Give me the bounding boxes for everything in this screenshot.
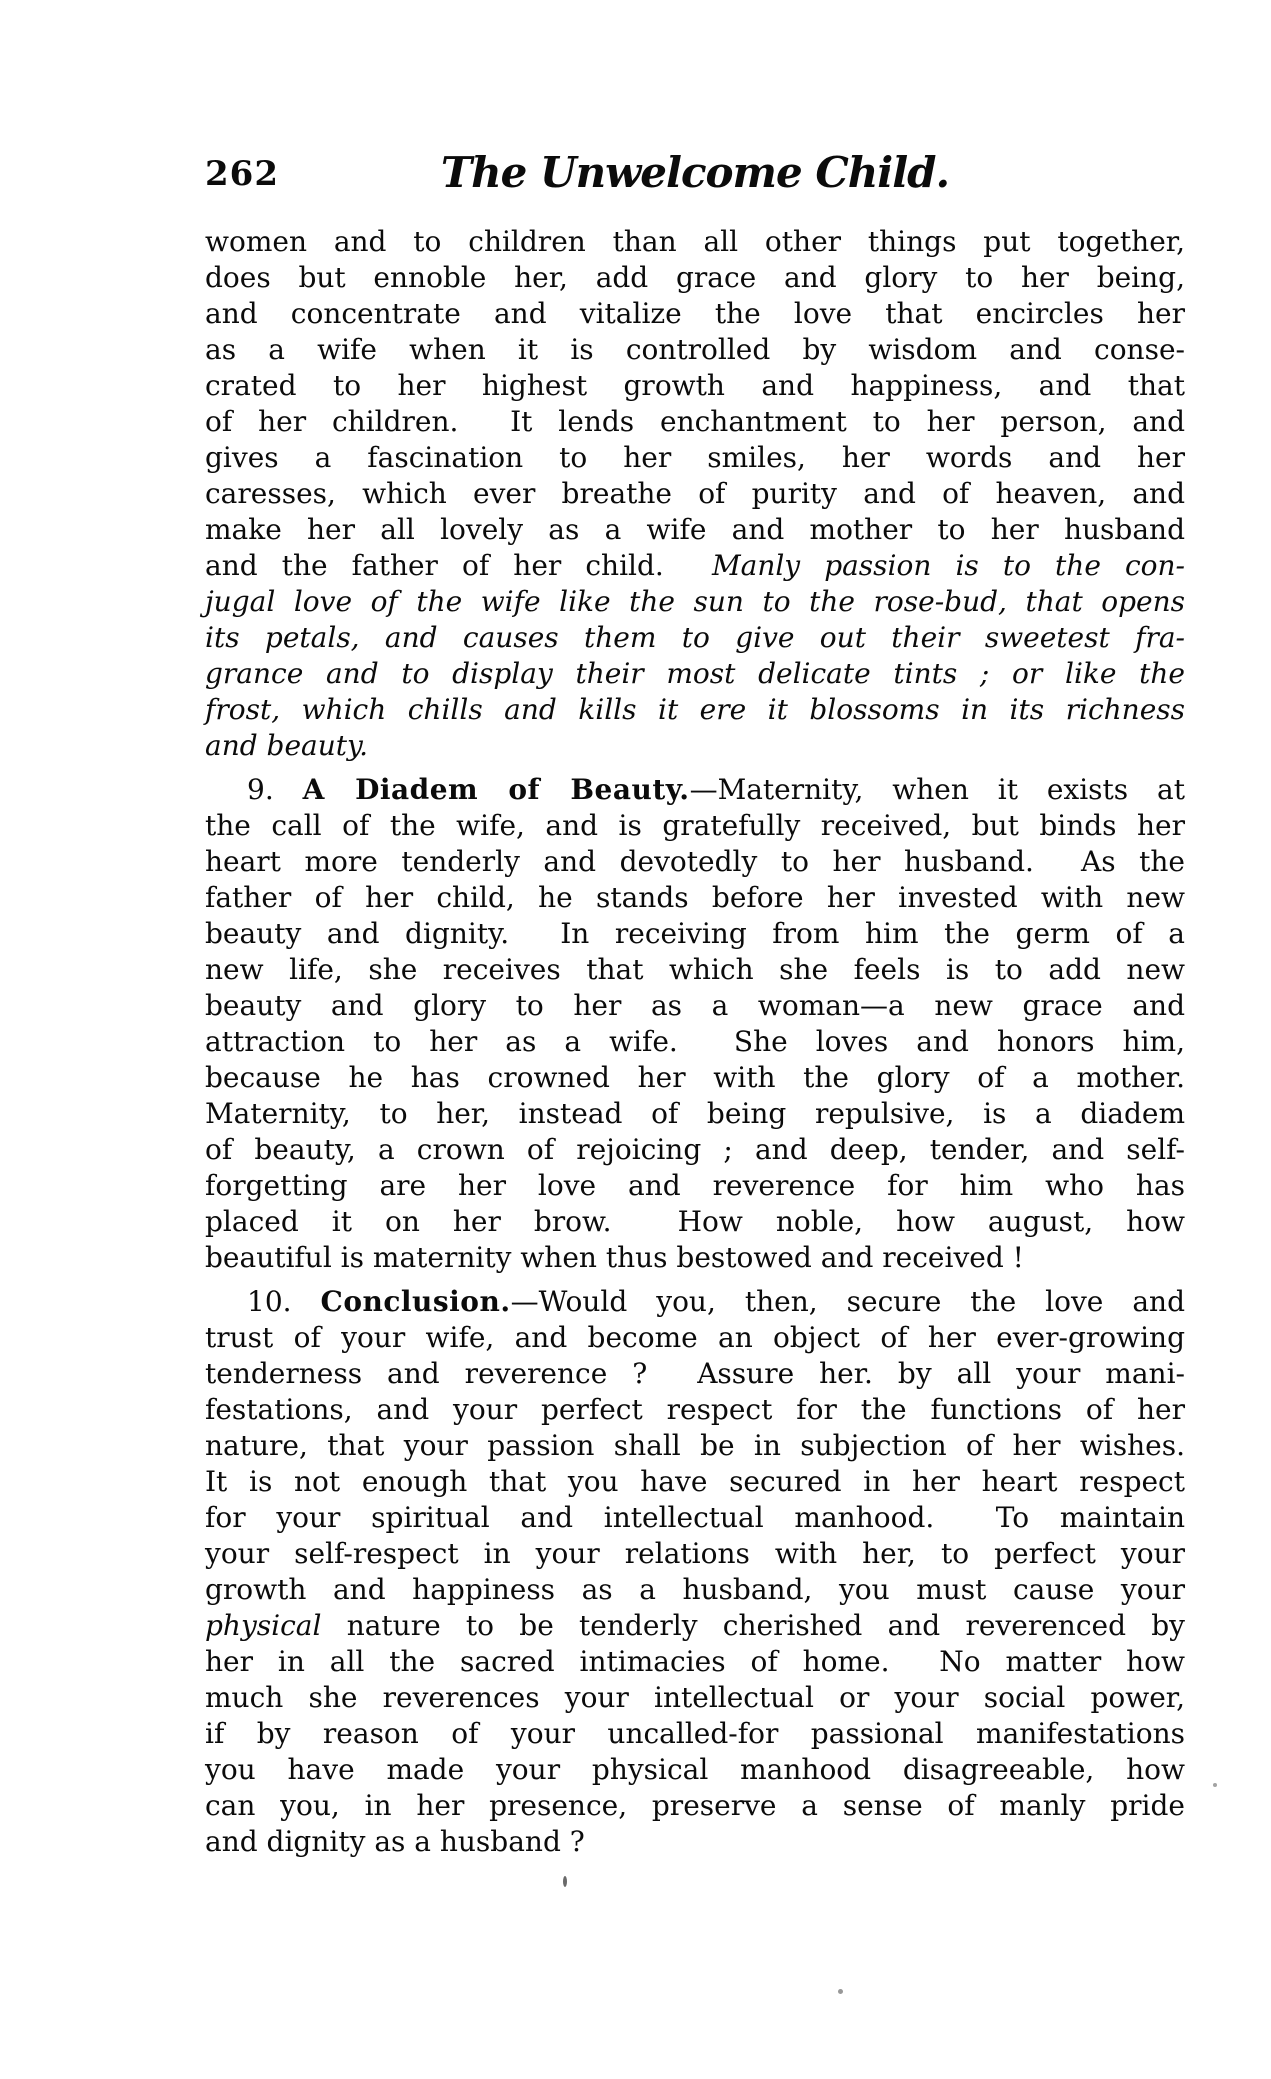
text-segment-normal: nature to be tenderly cherished and reve…: [321, 1609, 1185, 1642]
text-line: 9. A Diadem of Beauty.—Maternity, when i…: [205, 772, 1185, 808]
text-line: frost, which chills and kills it ere it …: [205, 692, 1185, 728]
text-line: the call of the wife, and is gratefully …: [205, 808, 1185, 844]
text-line: 10. Conclusion.—Would you, then, secure …: [205, 1284, 1185, 1320]
text-line: placed it on her brow. How noble, how au…: [205, 1204, 1185, 1240]
text-line: your self-respect in your relations with…: [205, 1536, 1185, 1572]
text-line: much she reverences your intellectual or…: [205, 1680, 1185, 1716]
text-line: for your spiritual and intellectual manh…: [205, 1500, 1185, 1536]
text-line: tenderness and reverence ? Assure her. b…: [205, 1356, 1185, 1392]
text-segment-normal: as a wife when it is controlled by wisdo…: [205, 333, 1185, 366]
text-line: trust of your wife, and become an object…: [205, 1320, 1185, 1356]
text-line: gives a fascination to her smiles, her w…: [205, 440, 1185, 476]
text-line: nature, that your passion shall be in su…: [205, 1428, 1185, 1464]
text-segment-normal: forgetting are her love and reverence fo…: [205, 1169, 1185, 1202]
text-segment-normal: beauty and dignity. In receiving from hi…: [205, 917, 1185, 950]
paragraph-continuation: women and to children than all other thi…: [205, 224, 1185, 764]
text-segment-normal: and dignity as a husband ?: [205, 1825, 585, 1858]
text-line: because he has crowned her with the glor…: [205, 1060, 1185, 1096]
text-line: Maternity, to her, instead of being repu…: [205, 1096, 1185, 1132]
text-segment-normal: the call of the wife, and is gratefully …: [205, 809, 1185, 842]
text-segment-normal: if by reason of your uncalled-for passio…: [205, 1717, 1185, 1750]
text-segment-normal: women and to children than all other thi…: [205, 225, 1185, 258]
text-line: forgetting are her love and reverence fo…: [205, 1168, 1185, 1204]
text-line: of beauty, a crown of rejoicing ; and de…: [205, 1132, 1185, 1168]
text-line: does but ennoble her, add grace and glor…: [205, 260, 1185, 296]
text-line: and the father of her child. Manly passi…: [205, 548, 1185, 584]
text-line: her in all the sacred intimacies of home…: [205, 1644, 1185, 1680]
text-line: beautiful is maternity when thus bestowe…: [205, 1240, 1185, 1276]
text-segment-normal: —Would you, then, secure the love and: [511, 1285, 1185, 1318]
text-line: attraction to her as a wife. She loves a…: [205, 1024, 1185, 1060]
book-page: 262 The Unwelcome Child. women and to ch…: [0, 0, 1271, 2079]
text-segment-italic: frost, which chills and kills it ere it …: [205, 693, 1185, 726]
text-segment-normal: placed it on her brow. How noble, how au…: [205, 1205, 1185, 1238]
text-segment-normal: and concentrate and vitalize the love th…: [205, 297, 1185, 330]
text-line: jugal love of the wife like the sun to t…: [205, 584, 1185, 620]
text-segment-normal: beauty and glory to her as a woman—a new…: [205, 989, 1185, 1022]
text-segment-normal: —Maternity, when it exists at: [690, 773, 1185, 806]
text-segment-normal: trust of your wife, and become an object…: [205, 1321, 1185, 1354]
text-segment-normal: growth and happiness as a husband, you m…: [205, 1573, 1185, 1606]
text-line: It is not enough that you have secured i…: [205, 1464, 1185, 1500]
text-segment-normal: of beauty, a crown of rejoicing ; and de…: [205, 1133, 1185, 1166]
text-segment-normal: does but ennoble her, add grace and glor…: [205, 261, 1185, 294]
text-segment-normal: new life, she receives that which she fe…: [205, 953, 1185, 986]
page-header: 262 The Unwelcome Child.: [205, 148, 1185, 196]
text-segment-italic: grance and to display their most delicat…: [205, 657, 1185, 690]
text-segment-normal: because he has crowned her with the glor…: [205, 1061, 1185, 1094]
text-line: heart more tenderly and devotedly to her…: [205, 844, 1185, 880]
text-segment-italic: physical: [205, 1609, 321, 1642]
text-segment-normal: festations, and your perfect respect for…: [205, 1393, 1185, 1426]
text-segment-italic: its petals, and causes them to give out …: [205, 621, 1185, 654]
text-line: crated to her highest growth and happine…: [205, 368, 1185, 404]
text-line: father of her child, he stands before he…: [205, 880, 1185, 916]
scan-speck: [1213, 1783, 1217, 1787]
text-segment-normal: nature, that your passion shall be in su…: [205, 1429, 1185, 1462]
text-segment-normal: 10.: [247, 1285, 321, 1318]
text-line: of her children. It lends enchantment to…: [205, 404, 1185, 440]
running-title: The Unwelcome Child.: [205, 148, 1185, 197]
text-line: grance and to display their most delicat…: [205, 656, 1185, 692]
text-segment-italic: jugal love of the wife like the sun to t…: [205, 585, 1185, 618]
scan-speck: [884, 166, 890, 173]
scan-speck: [838, 1989, 843, 1994]
paragraph-conclusion: 10. Conclusion.—Would you, then, secure …: [205, 1284, 1185, 1860]
text-segment-normal: heart more tenderly and devotedly to her…: [205, 845, 1185, 878]
text-segment-normal: of her children. It lends enchantment to…: [205, 405, 1185, 438]
text-line: and beauty.: [205, 728, 1185, 764]
text-line: and dignity as a husband ?: [205, 1824, 1185, 1860]
text-line: if by reason of your uncalled-for passio…: [205, 1716, 1185, 1752]
text-line: new life, she receives that which she fe…: [205, 952, 1185, 988]
text-line: you have made your physical manhood disa…: [205, 1752, 1185, 1788]
text-segment-normal: attraction to her as a wife. She loves a…: [205, 1025, 1185, 1058]
text-segment-normal: 9.: [247, 773, 303, 806]
text-segment-bold: Conclusion.: [321, 1285, 511, 1318]
text-segment-normal: your self-respect in your relations with…: [205, 1537, 1185, 1570]
text-segment-normal: gives a fascination to her smiles, her w…: [205, 441, 1185, 474]
text-line: beauty and dignity. In receiving from hi…: [205, 916, 1185, 952]
paragraph-diadem-of-beauty: 9. A Diadem of Beauty.—Maternity, when i…: [205, 772, 1185, 1276]
text-segment-italic: and beauty.: [205, 729, 368, 762]
text-segment-italic: Manly passion is to the con-: [712, 549, 1185, 582]
text-line: growth and happiness as a husband, you m…: [205, 1572, 1185, 1608]
text-line: make her all lovely as a wife and mother…: [205, 512, 1185, 548]
text-line: beauty and glory to her as a woman—a new…: [205, 988, 1185, 1024]
text-segment-normal: for your spiritual and intellectual manh…: [205, 1501, 1185, 1534]
text-segment-normal: can you, in her presence, preserve a sen…: [205, 1789, 1185, 1822]
text-segment-normal: tenderness and reverence ? Assure her. b…: [205, 1357, 1185, 1390]
text-segment-bold: A Diadem of Beauty.: [303, 773, 690, 806]
text-line: can you, in her presence, preserve a sen…: [205, 1788, 1185, 1824]
text-segment-normal: beautiful is maternity when thus bestowe…: [205, 1241, 1024, 1274]
text-segment-normal: you have made your physical manhood disa…: [205, 1753, 1185, 1786]
text-segment-normal: and the father of her child.: [205, 549, 712, 582]
text-segment-normal: make her all lovely as a wife and mother…: [205, 513, 1185, 546]
text-line: its petals, and causes them to give out …: [205, 620, 1185, 656]
text-block: women and to children than all other thi…: [205, 224, 1185, 1860]
text-segment-normal: crated to her highest growth and happine…: [205, 369, 1185, 402]
text-line: festations, and your perfect respect for…: [205, 1392, 1185, 1428]
text-segment-normal: caresses, which ever breathe of purity a…: [205, 477, 1185, 510]
text-segment-normal: father of her child, he stands before he…: [205, 881, 1185, 914]
text-line: women and to children than all other thi…: [205, 224, 1185, 260]
text-line: as a wife when it is controlled by wisdo…: [205, 332, 1185, 368]
text-segment-normal: It is not enough that you have secured i…: [205, 1465, 1185, 1498]
text-segment-normal: her in all the sacred intimacies of home…: [205, 1645, 1185, 1678]
text-segment-normal: Maternity, to her, instead of being repu…: [205, 1097, 1185, 1130]
text-line: and concentrate and vitalize the love th…: [205, 296, 1185, 332]
text-line: caresses, which ever breathe of purity a…: [205, 476, 1185, 512]
text-segment-normal: much she reverences your intellectual or…: [205, 1681, 1185, 1714]
scan-speck: [563, 1876, 567, 1887]
text-line: physical nature to be tenderly cherished…: [205, 1608, 1185, 1644]
